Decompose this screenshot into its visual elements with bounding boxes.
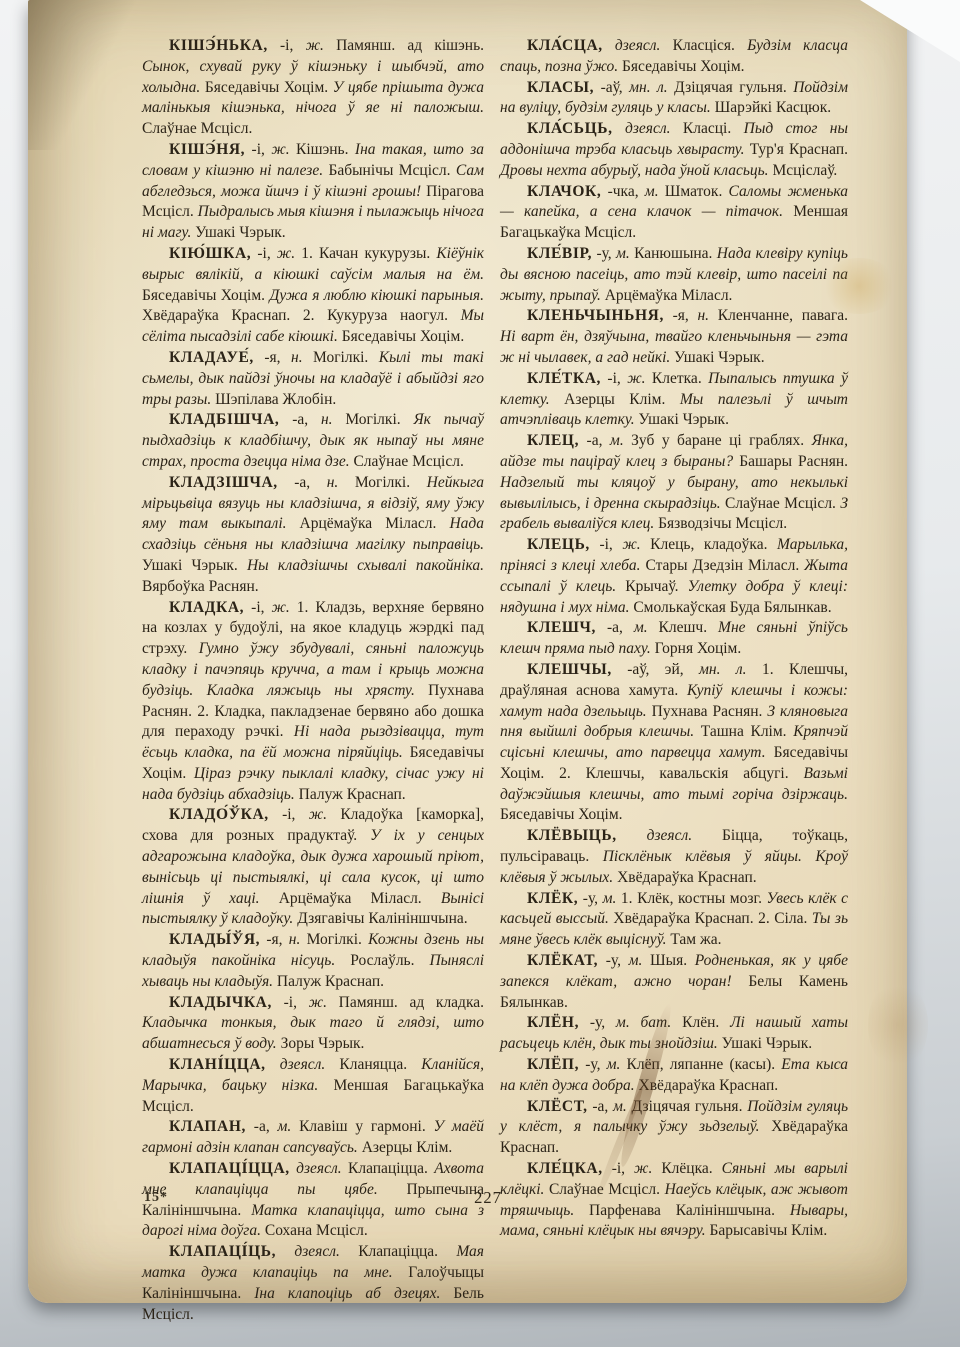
entry-example-text: м. [610,432,624,449]
page-edge-shadow [28,0,138,150]
page-number: 227 [456,1188,520,1208]
entry-text: Ушакі Чэрык. [674,349,764,366]
entry-example-text: дзеясл. [615,37,661,54]
entry-text: 1. Клёк, костны мозг. [616,890,766,907]
entry-example-text: ж. [277,245,295,262]
entry-text: Ушакі Чэрык. [142,557,247,574]
entry-text: -а, [579,432,610,449]
entry-text: Сохана Мсцісл. [265,1222,368,1239]
dictionary-entry: КЛАНІ́ЦЦА, дзеясл. Кланяцца. Кланійся, М… [142,1055,484,1117]
dictionary-entry: КЛЁК, -у, м. 1. Клёк, костны мозг. Увесь… [500,889,848,951]
entry-text: Зоры Чэрык. [281,1035,365,1052]
dictionary-entry: КЛАПАЦІ́ЦЦА, дзеясл. Клапаціцца. Ахвота … [142,1159,484,1242]
entry-text: Ташна Клім. [701,723,793,740]
entry-example-text: м. [616,245,630,262]
dictionary-entry: КІЮ́ШКА, -і, ж. 1. Качан кукурузы. Кіёўн… [142,244,484,348]
entry-text: -і, [268,37,306,54]
entry-text: -у, [578,890,602,907]
dictionary-entry: КЛА́СЦА, дзеясл. Класціся. Будзім класца… [500,36,848,78]
dictionary-entry: КЛЕЦ, -а, м. Зуб у баране ці граблях. Ян… [500,431,848,535]
entry-example-text: ж. [272,599,290,616]
entry-text: Палуж Краснап. [277,973,384,990]
entry-text: Дзіцячая гульня. [627,1098,747,1115]
entry-text: Шэпілава Жлобін. [215,391,336,408]
entry-text [276,1243,294,1260]
entry-headword: КЛАДЫЧКА, [169,994,272,1011]
dictionary-entry: КЛАДЗІШЧА, -а, н. Могілкі. Нейкыга мірьц… [142,473,484,598]
entry-text: -а, [588,1098,613,1115]
entry-text: -я, [260,931,289,948]
entry-headword: КЛАПАЦІ́ЦЬ, [169,1243,276,1260]
dictionary-entry: КЛЁП, -у, м. Клёп, ляпанне (касы). Ета к… [500,1055,848,1097]
entry-example-text: ж. [309,994,327,1011]
entry-text: Пухнава Раснян. [652,703,768,720]
entry-headword: КЛАЧОК, [527,183,601,200]
entry-text: -і, [245,141,271,158]
entry-text: Класці. [671,120,744,137]
entry-headword: КЛЕ́ВІР, [527,245,592,262]
entry-text: Горня Хоцім. [655,640,742,657]
entry-headword: КЛАПАН, [169,1118,246,1135]
entry-example-text: н. [327,474,339,491]
entry-headword: КЛА́СЦА, [527,37,603,54]
entry-example-text: ж. [622,536,640,553]
entry-text: -у, [579,1056,607,1073]
entry-text [617,827,647,844]
entry-headword: КЛЁН, [527,1014,579,1031]
entry-headword: КЛА́СЬЦЬ, [527,120,613,137]
entry-text: Хвёдараўка Краснап. [639,1077,779,1094]
entry-example-text: ж. [309,806,327,823]
entry-headword: КЛЁСТ, [527,1098,588,1115]
entry-text: Бяседавічы Хоцім. [500,806,623,823]
entry-example-text: дзеясл. [294,1243,340,1260]
entry-text: Ушакі Чэрык. [722,1035,812,1052]
dictionary-entry: КЛАПАЦІ́ЦЬ, дзеясл. Клапаціцца. Мая матк… [142,1242,484,1325]
entry-text: Клёп, ляпанне (касы). [620,1056,781,1073]
entry-text: Клешч. [648,619,718,636]
entry-example-text: дзеясл. [647,827,693,844]
entry-headword: КЛАПАЦІ́ЦЦА, [169,1160,290,1177]
entry-headword: КЛЁКАТ, [527,952,598,969]
entry-text: Рослаўль. [350,952,429,969]
entry-text: Могілкі. [303,349,379,366]
dictionary-entry: КЛАДБІШЧА, -а, н. Могілкі. Як пычаў пыдх… [142,410,484,472]
dictionary-entry: КЛЕ́ВІР, -у, м. Канюшына. Нада клевіру к… [500,244,848,306]
entry-example-text: дзеясл. [296,1160,342,1177]
dictionary-entry: КЛЁСТ, -а, м. Дзіцячая гульня. Пойдзім г… [500,1097,848,1159]
entry-text: Бяседавічы Хоцім. [205,79,333,96]
entry-headword: КЛАДКА, [169,599,244,616]
entry-text: Мсціслаў. [772,162,837,179]
entry-text: Клець, кладоўка. [641,536,777,553]
entry-text: Слаўнае Мсцісл. [725,495,840,512]
entry-text: Памянш. ад кішэнь. [324,37,484,54]
dictionary-entry: КЛЕ́ТКА, -і, ж. Клетка. Пыпалысь птушка … [500,369,848,431]
entry-example-text: мн. л. [699,661,747,678]
entry-text: Клапаціцца. [340,1243,456,1260]
entry-text: Слаўнае Мсцісл. [549,1181,665,1198]
entry-example-text: м. бат. [616,1014,671,1031]
entry-example-text: м. [634,619,648,636]
dictionary-entry: КЛЕЦЬ, -і, ж. Клець, кладоўка. Марылька,… [500,535,848,618]
entry-text: Тур'я Краснап. [750,141,848,158]
entry-text: Смолькаўская Буда Бялынкав. [633,599,831,616]
entry-example-text: н. [321,411,333,428]
entry-headword: КЛЕШЧЫ, [527,661,612,678]
entry-headword: КЛАДЗІШЧА, [169,474,278,491]
entry-text: Бяседавічы Хоцім. [622,58,745,75]
entry-text: Дзягавічы Калініншчына. [297,910,467,927]
entry-text: Кішэнь. [290,141,355,158]
entry-text: Бязводзічы Мсцісл. [658,515,787,532]
entry-headword: КЛАДАУЕ́, [169,349,254,366]
left-column: КІШЭ́НЬКА, -і, ж. Памянш. ад кішэнь. Сын… [142,36,484,1325]
entry-example-text: м. [629,952,643,969]
entry-text: Барысавічы Клім. [710,1222,828,1239]
entry-example-text: мн. л. [629,79,668,96]
entry-text: -а, [278,474,327,491]
entry-text: -і, [601,370,627,387]
entry-text: Клёцка. [652,1160,721,1177]
entry-headword: КЛАДБІШЧА, [169,411,279,428]
entry-text: Хвёдараўка Краснап. 2. Сіла. [613,910,811,927]
entry-example-text: Іна клапоціць аб дзецях. [254,1285,453,1302]
entry-text: -а, [279,411,321,428]
entry-text: -аў, эй, [612,661,699,678]
entry-text: Шыя. [642,952,694,969]
entry-text: Памянш. ад кладка. [327,994,484,1011]
entry-example-text: ж. [634,1160,652,1177]
entry-headword: КЛЕЦЬ, [527,536,590,553]
entry-text: -я, [254,349,291,366]
entry-text: Бяседавічы Хоцім. [142,287,269,304]
entry-text: Могілкі. [338,474,426,491]
entry-text: -і, [603,1160,634,1177]
entry-headword: КІШЭ́НЬКА, [169,37,268,54]
dictionary-entry: КЛЁКАТ, -у, м. Шыя. Родненькая, як у цяб… [500,951,848,1013]
entry-text: Слаўнае Мсцісл. [142,120,252,137]
entry-text: -чка, [601,183,644,200]
dictionary-entry: КЛЕШЧЫ, -аў, эй, мн. л. 1. Клешчы, драўл… [500,660,848,826]
entry-example-text: м. [607,1056,621,1073]
dictionary-entry: КЛЁН, -у, м. бат. Клён. Лі нашый хаты ра… [500,1013,848,1055]
entry-text: Башары Раснян. [739,453,848,470]
entry-example-text: н. [289,931,301,948]
entry-example-text: н. [697,307,709,324]
entry-text: Арцёмаўка Міласл. [605,287,733,304]
entry-headword: КЛЁК, [527,890,578,907]
entry-text: Стары Дзедзін Міласл. [645,557,804,574]
dictionary-entry: КЛАЧОК, -чка, м. Шматок. Саломы жменька … [500,182,848,244]
entry-text: Крычаў. [625,578,687,595]
entry-text: -а, [246,1118,278,1135]
entry-text: Могілкі. [300,931,368,948]
entry-headword: КЛЕ́ЦКА, [527,1160,603,1177]
dictionary-entry: КЛАДКА, -і, ж. 1. Кладзь, верхняе бервян… [142,598,484,806]
entry-text: Там жа. [670,931,721,948]
entry-headword: КІЮ́ШКА, [169,245,251,262]
entry-example-text: Дужа я люблю кіюшкі парыныя. [269,287,484,304]
dictionary-entry: КЛЕНЬЧЫНЬНЯ, -я, н. Кленчанне, павага. Н… [500,306,848,368]
dictionary-entry: КЛАДЫЧКА, -і, ж. Памянш. ад кладка. Клад… [142,993,484,1055]
entry-text [613,120,625,137]
entry-text: Бяседавічы Хоцім. [342,328,465,345]
dictionary-entry: КЛЕШЧ, -а, м. Клешч. Мне сяньні ўпіўсь к… [500,618,848,660]
entry-example-text: Ны кладзішчы схывалі пакойніка. [247,557,484,574]
entry-text: Арцёмаўка Міласл. [300,515,450,532]
entry-text: -у, [579,1014,616,1031]
dictionary-entry: КЛАПАН, -а, м. Клавіш у гармоні. У маёй … [142,1117,484,1159]
entry-text: Шарэйкі Касцюк. [715,99,832,116]
entry-text: -і, [244,599,271,616]
entry-text: Азерцы Клім. [564,391,680,408]
entry-text: Кленчанне, павага. [709,307,848,324]
entry-text: Хвёдараўка Краснап. 2. Кукуруза наогул. [142,307,461,324]
dictionary-entry: КІШЭ́НЬКА, -і, ж. Памянш. ад кішэнь. Сын… [142,36,484,140]
entry-example-text: м. [645,183,659,200]
entry-headword: КЛЕНЬЧЫНЬНЯ, [527,307,664,324]
entry-example-text: Дровы нехта абурыў, нада ўной класьць. [500,162,772,179]
entry-example-text: ж. [627,370,645,387]
entry-text: Дзіцячая гульня. [668,79,794,96]
entry-text: Палуж Краснап. [299,786,406,803]
entry-text: Ушакі Чэрык. [639,411,729,428]
entry-headword: КЛАСЫ, [527,79,594,96]
entry-text: Клетка. [645,370,708,387]
entry-text: Бабынічы Мсцісл. [328,162,455,179]
entry-headword: КІШЭ́НЯ, [169,141,245,158]
entry-headword: КЛАДО́ЎКА, [169,806,269,823]
entry-text: Парфенава Калініншчына. [589,1202,790,1219]
entry-headword: КЛЕШЧ, [527,619,596,636]
dictionary-entry: КЛАДАУЕ́, -я, н. Могілкі. Кылі ты такі с… [142,348,484,410]
entry-text: -а, [596,619,634,636]
entry-example-text: м. [613,1098,627,1115]
entry-text: -аў, [594,79,629,96]
entry-text: -я, [664,307,698,324]
entry-text: -і, [590,536,622,553]
page-stain [868,980,928,1070]
right-column: КЛА́СЦА, дзеясл. Класціся. Будзім класца… [500,36,848,1242]
dictionary-entry: КЛЕ́ЦКА, -і, ж. Клёцка. Сяньні мы варылі… [500,1159,848,1242]
entry-example-text: дзеясл. [625,120,671,137]
dictionary-entry: КЛЁВЫЦЬ, дзеясл. Біцца, тоўкаць, пульсір… [500,826,848,888]
entry-text: -і, [272,994,309,1011]
entry-text: Зуб у баране ці граблях. [624,432,812,449]
printer-signature-mark: 15* [144,1190,168,1206]
dictionary-entry: КЛАДЫ́ЎЯ, -я, н. Могілкі. Кожны дзень ны… [142,930,484,992]
entry-headword: КЛЁП, [527,1056,579,1073]
entry-example-text: дзеясл. [280,1056,326,1073]
entry-text: Класціся. [660,37,747,54]
entry-text: Могілкі. [333,411,414,428]
dictionary-entry: КЛА́СЬЦЬ, дзеясл. Класці. Пыд стог ны ад… [500,119,848,181]
entry-text: Слаўнае Мсцісл. [353,453,463,470]
entry-example-text: н. [291,349,303,366]
entry-text: -у, [592,245,616,262]
entry-headword: КЛЕ́ТКА, [527,370,601,387]
entry-text: Кланяцца. [325,1056,421,1073]
entry-text: -і, [251,245,277,262]
entry-headword: КЛАНІ́ЦЦА, [169,1056,266,1073]
dictionary-entry: КЛАСЫ, -аў, мн. л. Дзіцячая гульня. Пойд… [500,78,848,120]
entry-text [603,37,615,54]
entry-text: Азерцы Клім. [362,1139,453,1156]
entry-example-text: м. [278,1118,292,1135]
entry-text: -у, [598,952,629,969]
entry-example-text: м. [603,890,617,907]
entry-text: Клавіш у гармоні. [291,1118,433,1135]
entry-text: Канюшына. [630,245,717,262]
entry-text: Клапаціцца. [342,1160,435,1177]
entry-text: -і, [269,806,309,823]
entry-text: Хвёдараўка Краснап. [617,869,757,886]
entry-text [266,1056,280,1073]
entry-example-text: ж. [306,37,324,54]
entry-headword: КЛЁВЫЦЬ, [527,827,617,844]
dictionary-entry: КІШЭ́НЯ, -і, ж. Кішэнь. Іна такая, што з… [142,140,484,244]
dictionary-entry: КЛАДО́ЎКА, -і, ж. Кладоўка [каморка], сх… [142,805,484,930]
entry-text: Шматок. [659,183,729,200]
entry-text: Ушакі Чэрык. [195,224,285,241]
entry-text: 1. Качан кукурузы. [295,245,436,262]
entry-text: Арцёмаўка Міласл. [279,890,441,907]
entry-text: Вярбоўка Раснян. [142,578,259,595]
entry-headword: КЛЕЦ, [527,432,579,449]
book-page: КІШЭ́НЬКА, -і, ж. Памянш. ад кішэнь. Сын… [28,0,907,1303]
entry-example-text: ж. [271,141,289,158]
entry-headword: КЛАДЫ́ЎЯ, [169,931,260,948]
entry-text: Клён. [671,1014,730,1031]
scanner-background: КІШЭ́НЬКА, -і, ж. Памянш. ад кішэнь. Сын… [0,0,960,1347]
